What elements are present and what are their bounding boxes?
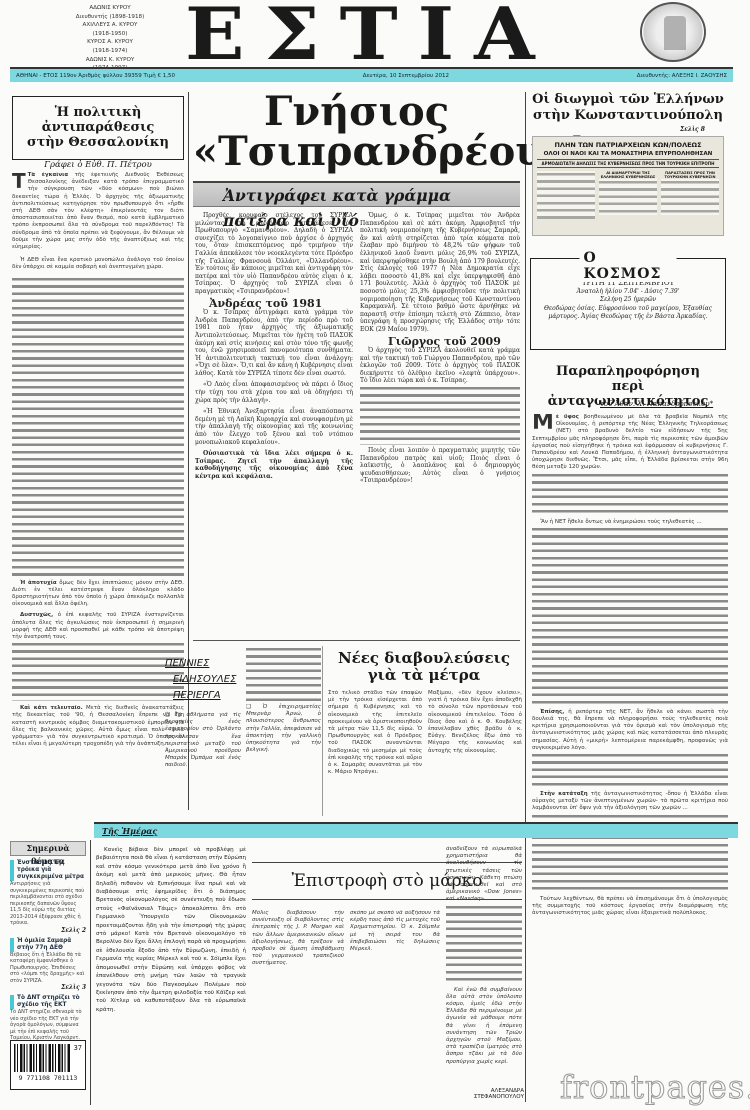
text-block — [12, 641, 184, 701]
column-divider — [322, 646, 323, 816]
almanac-moon: Σελήνη 25 ἡμερῶν — [537, 296, 719, 304]
clip-subheadline: ΑΡΜΟΔΙΩΤΑΤΗ ΔΗΛΩΣΙΣ ΤΗΣ ΚΥΒΕΡΝΗΣΕΩΣ ΠΡΟΣ… — [537, 159, 719, 168]
sidebar-list: Ἐνστάσεις τῆς τρόικα γιὰ συγκεκριμένα μέ… — [10, 860, 86, 1049]
paragraph: Ἂν ἡ ΝΕΤ ἤθελε ὄντως νὰ ἐνημερώσει τοὺς … — [532, 519, 728, 526]
paragraph: Ὁ κ. Τσίπρας ἀντιγράφει κατὰ γράμμα τὸν … — [195, 309, 353, 377]
markko-col3: σκόπο μὲ σκοπὸ νὰ αὐξήσουν τὰ κέρδη τους… — [350, 910, 440, 1100]
left-article-title: Ἡ πολιτικὴ ἀντιπαράθεσις — [13, 105, 183, 135]
paragraph: Τούτων λεχθέντων, θὰ πρέπει νὰ ἐπισημάνο… — [532, 896, 728, 918]
sidebar-item[interactable]: Ἐνστάσεις τῆς τρόικα γιὰ συγκεκριμένα μέ… — [10, 860, 86, 934]
almanac-title: Ο ΚΟΣΜΟΣ — [580, 250, 677, 282]
watermark: frontpages.gr — [560, 1068, 750, 1106]
barcode: 37 9 771108 701113 — [10, 1040, 86, 1090]
subheading: Γιῶργος τοῦ 2009 — [388, 338, 520, 346]
founders-list: ΑΔΩΝΙΣ ΚΥΡΟΥ Διευθυντής (1898-1918) ΑΧΙΛ… — [40, 4, 180, 73]
paragraph: Ποιὸς εἶναι λοιπὸν ὁ πραγματικὸς μιμητὴς… — [360, 447, 520, 485]
section-divider — [193, 640, 520, 641]
estia-seal-icon — [640, 2, 706, 62]
text-block — [246, 646, 321, 704]
markko-col2: Μόλις διαβάσουν τὴν συνέντευξη οἱ διαβόλ… — [252, 910, 344, 1100]
paragraph: Προχθές, κορυφαῖο στέλεχος τοῦ ΣΥΡΙΖΑ μι… — [195, 212, 353, 296]
dropcap: Μ — [532, 414, 554, 432]
lead-text: έ ὕφος — [556, 414, 579, 420]
sidebar-item-text: Βέβαιος ὅτι ἡ Ἑλλάδα θὰ τὰ καταφέρῃ ἐμφα… — [10, 952, 86, 985]
right-top-headline-line: Οἱ διωγμοὶ τῶν Ἑλλήνων — [530, 92, 726, 108]
lead-text: Ἡ ἀποτυχία — [20, 580, 57, 586]
lead-text: Τὰ ἐγκαίνια — [28, 172, 68, 178]
nees-col1: Στὸ τελικὸ στάδιο τῶν ἐπαφῶν μὲ τὴν τρόι… — [328, 690, 422, 818]
sidebar-item-headline: Ἡ ὁμιλία Σαμαρᾶ στὴν 77η ΔΕΘ — [10, 938, 86, 952]
clip-text — [599, 179, 657, 215]
left-article-title-box: Ἡ πολιτικὴ ἀντιπαράθεσις στὴν Θεσσαλονίκ… — [12, 96, 184, 160]
lead-text: Καὶ κάτι τελευταῖο. — [20, 705, 83, 711]
sidebar-item-headline: Ἐνστάσεις τῆς τρόικα γιὰ συγκεκριμένα μέ… — [10, 860, 86, 881]
paragraph: Οὐσιαστικὰ τὰ ἴδια λέει σήμερα ὁ κ. Τσίπ… — [195, 450, 353, 480]
main-headline: Γνήσιος «Τσιπρανδρέου»! — [193, 92, 520, 172]
main-headline-line: Γνήσιος — [193, 92, 520, 132]
main-subhead: Ἀντιγράφει κατὰ γράμμα πατέρα καὶ υἱό — [193, 181, 520, 207]
markko-author: ΑΛΕΞΑΝΔΡΑ ΣΤΕΦΑΝΟΠΟΥΛΟΥ — [440, 1088, 524, 1100]
clip-text — [661, 179, 719, 215]
right-article-headline-line: Παραπληροφόρηση — [530, 364, 726, 379]
clip-text — [537, 171, 595, 219]
paragraph: «Ὁ Λαὸς εἶναι ἀποφασισμένος νὰ πάρει ὁ ἴ… — [195, 381, 353, 404]
issue-info: ΑΘΗΝΑΙ - ΕΤΟΣ 119ον Άριθμὸς φύλλου 39359… — [16, 73, 175, 79]
paragraph: τῆς ἐφετεινῆς Διεθνοῦς Ἐκθέσεως Θεσσαλον… — [12, 172, 184, 250]
almanac-sun-times: Ἀνατολὴ ἡλίου 7.04' - Δύσις 7.39' — [537, 288, 719, 296]
paragraph: «Ἡ Ἐθνική Ἀνεξαρτησία εἶναι ἀναπόσπαστα … — [195, 408, 353, 446]
page-reference: Σελὶς 8 — [680, 126, 705, 133]
lead-text: Δυστυχῶς, — [20, 612, 53, 618]
left-article-title-2: στὴν Θεσσαλονίκη — [13, 135, 183, 150]
right-top-headline: Οἱ διωγμοὶ τῶν Ἑλλήνων στὴν Κωνσταντινού… — [530, 92, 726, 124]
main-article-col2: Ὅμως, ὁ κ. Τσίπρας μιμεῖται τὸν Ἀνδρέα Π… — [360, 212, 520, 632]
paragraph: Κανεὶς βέβαια δὲν μπορεῖ νὰ προβλέψῃ μὲ … — [96, 846, 246, 1014]
editorial-section-bar: Τῆς Ἡμέρας — [94, 822, 738, 838]
main-article-col1: Προχθές, κορυφαῖο στέλεχος τοῦ ΣΥΡΙΖΑ μι… — [195, 212, 353, 632]
nees-headline-line: Νέες διαβουλεύσεις — [326, 650, 522, 667]
sidebar-item-page: Σελὶς 2 — [10, 927, 86, 934]
almanac-box: Ο ΚΟΣΜΟΣ Αὔριο ΤΡΙΤΗ 11 ΣΕΠΤΕΜΒΡΙΟΥ Ἀνατ… — [530, 258, 726, 350]
barcode-icon — [14, 1044, 71, 1072]
almanac-saints: Θεοδώρας ὁσίας. Εὐφροσύνου τοῦ μαγείρου,… — [537, 305, 719, 322]
paragraph: ἡ ρεπόρτερ τῆς ΝΕΤ, ἂν ἤθελε νὰ κάνει σω… — [532, 709, 728, 751]
nees-headline: Νέες διαβουλεύσεις γιὰ τὰ μέτρα — [326, 650, 522, 684]
right-article-body: Μέ ὕφος βοηθειωμένου μὲ ὅλα τὰ βραβεῖα Ν… — [532, 414, 728, 1054]
paragraph: Τὰ ἀθλήματα γιὰ τὶς θεραπείες ἑνὸς ἐστια… — [165, 712, 241, 768]
paragraph: Ὁ ἀρχηγὸς τοῦ ΣΥΡΙΖΑ ἀκολουθεῖ κατὰ γράμ… — [360, 347, 520, 385]
editor-credit: Διευθυντής: ΑΛΕΞΗΣ Ι. ΖΑΟΥΣΗΣ — [637, 73, 727, 79]
column-divider — [90, 840, 91, 1105]
newspaper-masthead: ΕΣΤΙΑ — [185, 1, 525, 69]
sidebar-item-page: Σελὶς 3 — [10, 984, 86, 991]
text-block — [360, 385, 520, 445]
paragraph: Ὅμως, ὁ κ. Τσίπρας μιμεῖται τὸν Ἀνδρέα Π… — [360, 212, 520, 334]
founder-name: ΑΔΩΝΙΣ ΚΥΡΟΥ — [40, 4, 180, 13]
paragraph: Ἡ ΔΕΘ εἶναι ἕνα κρατικὸ μονοπώλιο ἀνάλογ… — [12, 257, 184, 271]
text-block — [532, 526, 728, 706]
sidebar-item[interactable]: Ἡ ὁμιλία Σαμαρᾶ στὴν 77η ΔΕΘ Βέβαιος ὅτι… — [10, 938, 86, 992]
right-article-byline: τοῦ Ἀθαν. Χ. Παπανδρόπουλου* — [600, 400, 713, 408]
issue-info-bar: ΑΘΗΝΑΙ - ΕΤΟΣ 119ον Άριθμὸς φύλλου 39359… — [10, 67, 733, 82]
text-block — [446, 904, 522, 984]
paragraph: Ὁ ἐπιχειρηματίας Μπερνὰρ Ἀρνώ, ὁ πλουσιό… — [246, 704, 321, 753]
pennies-item-1: ❑ Τὰ ἀθλήματα γιὰ τὶς θεραπείες ἑνὸς ἐστ… — [165, 712, 241, 812]
founder-name: ΚΥΡΟΣ Α. ΚΥΡΟΥ — [40, 38, 180, 47]
column-divider — [525, 92, 526, 1102]
founder-years: Διευθυντής (1898-1918) — [40, 13, 180, 22]
editorial-section-label: Τῆς Ἡμέρας — [102, 826, 157, 836]
pennies-title-line: ΕΙΔΗΣΟΥΛΕΣ — [165, 672, 241, 688]
paragraph: Καὶ ἐνῶ θὰ συμβαίνουν ὅλα αὐτὰ στὸν ὑπόλ… — [446, 987, 522, 1066]
lead-text: Στὴν κατάταξη — [540, 791, 588, 797]
nees-col2: Μαξίμου, «δὲν ἔχουν κλείσει», γιατὶ ἡ τρ… — [428, 690, 522, 818]
sidebar-item-headline: Τὸ ΔΝΤ στηρίζει τὸ σχέδιο τῆς ΕΚΤ — [10, 995, 86, 1009]
subheading: Ἀνδρέας τοῦ 1981 — [209, 300, 353, 308]
founder-name: ΑΔΩΝΙΣ Κ. ΚΥΡΟΥ — [40, 56, 180, 65]
markko-col1: Κανεὶς βέβαια δὲν μπορεῖ νὰ προβλέψῃ μὲ … — [96, 846, 246, 1096]
historic-clipping-image: ΠΛΗΝ ΤΩΝ ΠΑΤΡΙΑΡΧΕΙΩΝ ΚΩΝ/ΠΟΛΕΩΣ ΟΛΟΙ ΟΙ… — [532, 136, 724, 236]
paragraph: βοηθειωμένου μὲ ὅλα τὰ βραβεῖα Νομπὲλ τῆ… — [532, 414, 728, 470]
right-top-headline-line: στὴν Κωνσταντινούπολη — [530, 108, 726, 124]
founder-years: (1918-1974) — [40, 47, 180, 56]
clip-headline: ΠΛΗΝ ΤΩΝ ΠΑΤΡΙΑΡΧΕΙΩΝ ΚΩΝ/ΠΟΛΕΩΣ — [537, 141, 719, 150]
pennies-title-line: ΠΕΡΙΕΡΓΑ — [165, 688, 241, 704]
lead-text: Ἐπίσης, — [540, 709, 564, 715]
pennies-title-line: ΠΕΝΝΙΕΣ — [165, 656, 241, 672]
sidebar-title: Σημερινὰ θέματα — [10, 841, 86, 856]
pennies-title: ΠΕΝΝΙΕΣ ΕΙΔΗΣΟΥΛΕΣ ΠΕΡΙΕΡΓΑ — [165, 656, 241, 704]
founder-name: ΑΧΙΛΛΕΥΣ Α. ΚΥΡΟΥ — [40, 21, 180, 30]
clip-subheadline: ΠΑΡΑΣΤΑΣΕΙΣ ΠΡΟΣ ΤΗΝ ΤΟΥΡΚΙΚΗΝ ΚΥΒΕΡΝΗΣΙ… — [661, 171, 719, 179]
paragraph: ἀναδείξουν τὰ εὐρωπαϊκὰ χρηματιστήρια θὰ… — [446, 846, 522, 904]
clip-headline: ΟΛΟΙ ΟΙ ΝΑΟΙ ΚΑΙ ΤΑ ΜΟΝΑΣΤΗΡΙΑ ΕΠΥΡΠΟΛΗΘ… — [537, 150, 719, 159]
barcode-issue: 37 — [74, 1044, 82, 1072]
nees-headline-line: γιὰ τὰ μέτρα — [326, 667, 522, 684]
barcode-number: 9 771108 701113 — [14, 1074, 82, 1082]
paragraph: Μετὰ τὶς διεθνεῖς ἀνακατατάξεις τῆς δεκα… — [12, 705, 184, 747]
left-article-body: ΤΤὰ ἐγκαίνια τῆς ἐφετεινῆς Διεθνοῦς Ἐκθέ… — [12, 172, 184, 820]
founder-years: (1918-1950) — [40, 30, 180, 39]
text-block — [12, 276, 184, 576]
text-block — [532, 472, 728, 516]
markko-col4: ἀναδείξουν τὰ εὐρωπαϊκὰ χρηματιστήρια θὰ… — [446, 846, 522, 1086]
clip-subheadline: ΑΙ ΔΙΑΜΑΡΤΥΡΙΑΙ ΤΗΣ ΕΛΛΗΝΙΚΗΣ ΚΥΒΕΡΝΗΣΕΩ… — [599, 171, 657, 179]
text-block — [532, 752, 728, 788]
sidebar-item-text: Ἀντιρρήσεις γιὰ συγκεκριμένες περικοπὲς … — [10, 881, 86, 927]
pennies-item-2: ❑ Ὁ ἐπιχειρηματίας Μπερνὰρ Ἀρνώ, ὁ πλουσ… — [246, 646, 321, 812]
issue-date: Δευτέρα, 10 Σεπτεμβρίου 2012 — [363, 73, 449, 79]
main-headline-line: «Τσιπρανδρέου»! — [193, 132, 520, 172]
left-article-byline: Γράφει ὁ Εὐθ. Π. Πέτρου — [40, 160, 156, 170]
sidebar-item-text: Τὸ ΔΝΤ στηρίζει σθεναρὰ τὸ νέο σχέδιο τῆ… — [10, 1009, 86, 1042]
